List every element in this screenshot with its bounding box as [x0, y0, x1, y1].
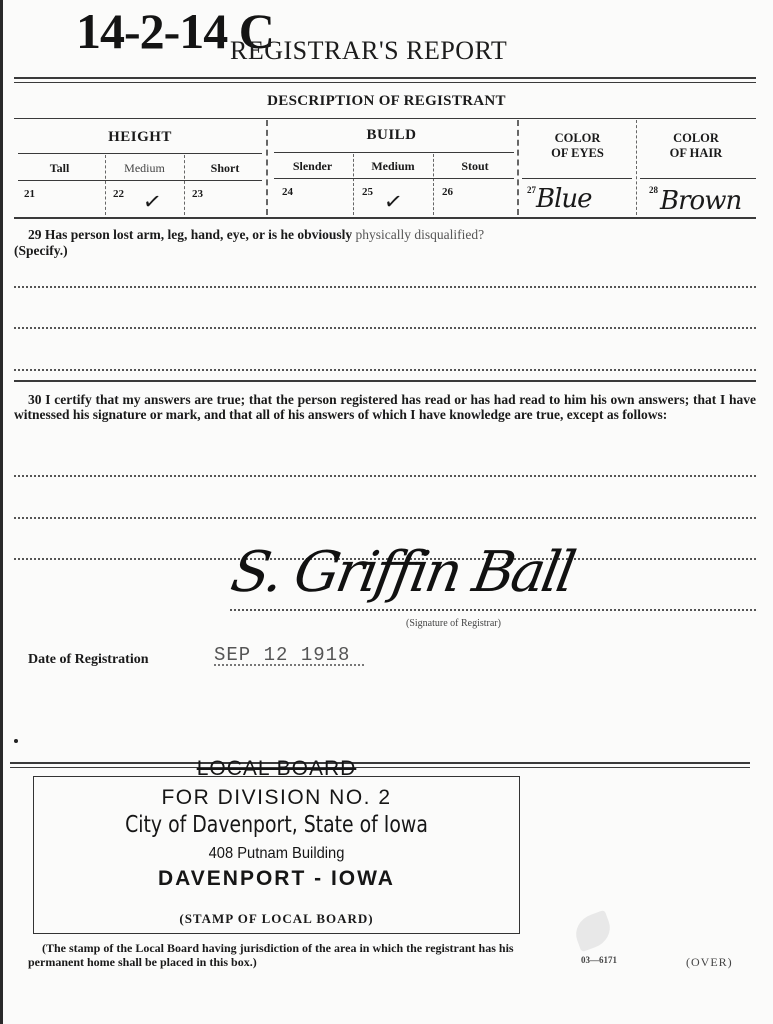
height-header: HEIGHT: [14, 129, 266, 146]
table-bottom-rule: [14, 217, 756, 219]
question-29: 29 Has person lost arm, leg, hand, eye, …: [28, 227, 768, 242]
cell-number-24: 24: [282, 186, 293, 198]
stamp-line-division: FOR DIVISION NO. 2: [33, 786, 520, 810]
stray-mark: [14, 739, 18, 743]
eyes-header-line2: OF EYES: [519, 146, 636, 161]
stamp-line-davenport: DAVENPORT - IOWA: [33, 867, 520, 891]
q29-answer-area[interactable]: [14, 268, 756, 378]
stamp-local-board-text: LOCAL BOARD: [197, 757, 357, 780]
q30-line-2: [14, 517, 756, 519]
cell-number-26: 26: [442, 186, 453, 198]
divider-top-2: [14, 82, 756, 83]
build-medium-checkmark[interactable]: ✓: [382, 189, 404, 216]
q29-specify: (Specify.): [14, 243, 68, 258]
eye-color-value[interactable]: Blue: [536, 184, 592, 214]
report-title: REGISTRAR'S REPORT: [230, 36, 507, 66]
q29-answer-line-1: [14, 286, 756, 288]
date-line: [214, 664, 364, 666]
height-medium-label: Medium: [105, 161, 184, 176]
stamp-line-city: City of Davenport, State of Iowa: [77, 812, 476, 838]
hair-rowrule: [640, 178, 756, 179]
hair-header: COLOR OF HAIR: [636, 131, 756, 161]
height-short-label: Short: [184, 161, 266, 176]
height-subrule: [18, 153, 262, 154]
divider-q30: [14, 380, 756, 382]
divider-top: [14, 77, 756, 79]
date-of-registration-value[interactable]: SEP 12 1918: [214, 644, 350, 666]
table-top-rule: [14, 118, 756, 119]
height-medium-checkmark[interactable]: ✓: [141, 189, 163, 216]
signature-caption: (Signature of Registrar): [406, 618, 501, 629]
over-indicator: (OVER): [686, 955, 733, 970]
height-rowrule: [18, 180, 262, 181]
stamp-line-local-board: LOCAL BOARD: [33, 757, 520, 781]
q30-number: 30: [14, 392, 42, 407]
q30-text: I certify that my answers are true; that…: [14, 392, 756, 422]
q29-answer-line-3: [14, 369, 756, 371]
stamp-instruction-note: (The stamp of the Local Board having jur…: [28, 941, 528, 969]
hair-header-line1: COLOR: [636, 131, 756, 146]
stamp-line-building: 408 Putnam Building: [52, 845, 500, 863]
q29-text-faint: physically disqualified?: [356, 227, 485, 242]
build-rowrule: [274, 178, 514, 179]
cell-number-27: 27: [527, 185, 536, 195]
cell-number-21: 21: [24, 188, 35, 200]
date-label: Date of Registration: [28, 652, 149, 668]
hair-color-value[interactable]: Brown: [660, 186, 741, 216]
build-stout-label: Stout: [433, 159, 517, 174]
cell-number-28: 28: [649, 185, 658, 195]
cell-number-25: 25: [362, 186, 373, 198]
hair-header-line2: OF HAIR: [636, 146, 756, 161]
build-slender-label: Slender: [272, 159, 353, 174]
cell-number-23: 23: [192, 188, 203, 200]
page-edge: [0, 0, 3, 1024]
build-header: BUILD: [266, 127, 517, 144]
q29-text: Has person lost arm, leg, hand, eye, or …: [45, 227, 352, 242]
q29-answer-line-2: [14, 327, 756, 329]
question-30: 30 I certify that my answers are true; t…: [14, 392, 756, 422]
leaf-watermark-icon: [571, 910, 616, 952]
eyes-header: COLOR OF EYES: [519, 131, 636, 161]
q30-line-1: [14, 475, 756, 477]
eyes-header-line1: COLOR: [519, 131, 636, 146]
build-subrule: [274, 152, 514, 153]
cell-number-22: 22: [113, 188, 124, 200]
form-code: 03—6171: [581, 955, 617, 965]
q29-number: 29: [28, 227, 42, 242]
signature-line: [230, 609, 756, 611]
description-title: DESCRIPTION OF REGISTRANT: [0, 93, 773, 110]
eyes-rowrule: [522, 178, 632, 179]
height-tall-label: Tall: [14, 161, 105, 176]
stamp-caption: (STAMP OF LOCAL BOARD): [33, 911, 520, 927]
registrar-signature[interactable]: S. Griffin Ball: [226, 540, 577, 605]
build-medium-label: Medium: [353, 159, 433, 174]
